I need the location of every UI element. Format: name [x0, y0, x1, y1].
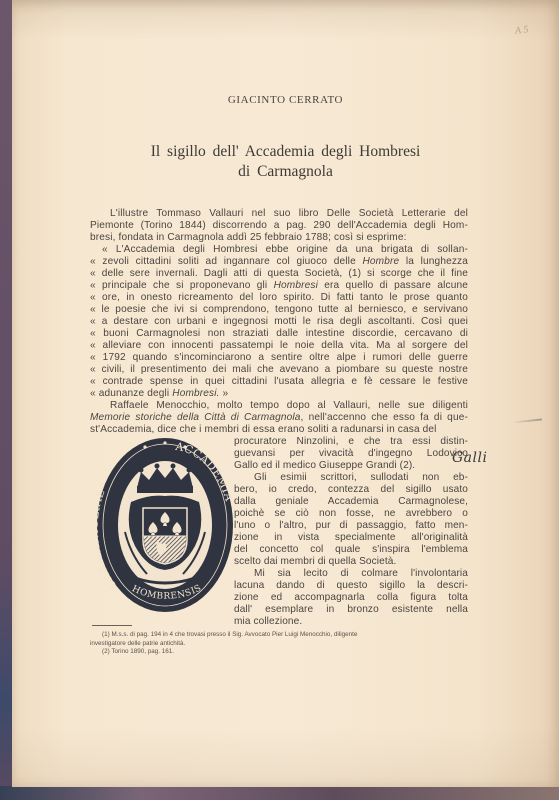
quote-block: « L'Accademia degli Hombresi ebbe origin…	[90, 244, 468, 400]
text-line: Raffaele Menocchio, molto tempo dopo al …	[90, 400, 468, 412]
text-line: « zevoli cittadini soliti ad ingannare c…	[90, 256, 468, 268]
text-run: « contrade spense in quei cittadini l'us…	[90, 376, 468, 387]
text-line: « principale che si proponevano gli Homb…	[90, 280, 468, 292]
academy-seal-image: CARMANIOLIAE ACCADEMIA HOMBRENSIS	[95, 436, 235, 614]
text-line: lacuna dando di questo sigillo la descri…	[234, 580, 468, 592]
text-line: « contrade spense in quei cittadini l'us…	[90, 376, 468, 388]
page-title: Il sigillo dell' Accademia degli Hombres…	[12, 142, 559, 182]
text-line: « 1792 quando s'incominciarono a sentire…	[90, 352, 468, 364]
text-run: la lunghezza	[399, 256, 468, 267]
text-line: bero, io credo, contezza del sigillo usa…	[234, 484, 468, 496]
text-line: « le poesie che ivi si comprendono, teng…	[90, 304, 468, 316]
text-line: Memorie storiche della Città di Carmagno…	[90, 412, 468, 424]
text-run: « principale che si proponevano gli	[90, 280, 274, 291]
text-run: « delle sere invernali. Dagli atti di qu…	[90, 268, 468, 279]
handwritten-annotation: Galli	[452, 450, 487, 466]
title-line-1: Il sigillo dell' Accademia degli Hombres…	[12, 142, 559, 162]
pencil-stroke	[512, 418, 542, 423]
italic-text: Memorie storiche della Città di Carmagno…	[90, 412, 301, 423]
footnote-divider	[92, 625, 132, 626]
text-run: « alleviare con innocenti passatempi le …	[90, 340, 468, 351]
paragraph-side-continuation: procuratore Ninzolini, e che tra essi di…	[234, 436, 468, 472]
text-line: « ore, in onesto ricreamento del loro sp…	[90, 292, 468, 304]
text-run: « 1792 quando s'incominciarono a sentire…	[90, 352, 468, 363]
text-line: Mi sia lecito di colmare l'involontaria	[234, 568, 468, 580]
text-line: Gallo ed il medico Giuseppe Grandi (2).	[234, 460, 468, 472]
text-line: del concetto col quale s'inspira l'emble…	[234, 544, 468, 556]
text-run: , nell'accenno che esso fa di que-	[301, 412, 468, 423]
text-line: mia collezione.	[234, 616, 468, 628]
text-line: « adunanze degli Hombresi. »	[90, 388, 468, 400]
footnotes: (1) M.s.s. di pag. 194 in 4 che trovasi …	[90, 631, 470, 657]
text-run: « le poesie che ivi si comprendono, teng…	[90, 304, 468, 315]
footnote-2: (2) Torino 1890, pag. 161.	[90, 648, 470, 657]
paragraph-menocchio: Raffaele Menocchio, molto tempo dopo al …	[90, 400, 468, 436]
text-line: « a destare con urbani e ingegnosi motti…	[90, 316, 468, 328]
footnote-1-continued: investigatore delle patrie antichità.	[90, 640, 470, 649]
text-run: »	[220, 388, 229, 399]
text-line: « buoni Carmagnolesi non straziati dalle…	[90, 328, 468, 340]
text-run: « buoni Carmagnolesi non straziati dalle…	[90, 328, 468, 339]
text-run: « a destare con urbani e ingegnosi motti…	[90, 316, 468, 327]
footnote-1: (1) M.s.s. di pag. 194 in 4 che trovasi …	[90, 631, 470, 640]
pencil-page-mark: A 5	[514, 24, 529, 37]
text-line: dalla geniale Accademia Carmagnolese,	[234, 496, 468, 508]
text-run: « L'Accademia degli Hombresi ebbe origin…	[102, 244, 468, 255]
text-line: poichè se ciò non fosse, ne avrebbero o	[234, 508, 468, 520]
text-line: « civili, il presentimento dei mali che …	[90, 364, 468, 376]
background-bottom-edge	[0, 786, 559, 800]
text-line: zione ed accompagnarla colla figura tolt…	[234, 592, 468, 604]
title-line-2: di Carmagnola	[12, 162, 559, 182]
paragraph-intro: L'illustre Tommaso Vallauri nel suo libr…	[90, 208, 468, 244]
text-line: « delle sere invernali. Dagli atti di qu…	[90, 268, 468, 280]
italic-text: Hombresi	[274, 280, 318, 291]
text-line: st'Accademia, dice che i membri di essa …	[90, 424, 468, 436]
paragraph-scrittori: Gli esimii scrittori, sullodati non eb- …	[234, 472, 468, 568]
background-left-edge	[0, 0, 12, 800]
text-run: « civili, il presentimento dei mali che …	[90, 364, 468, 375]
document-page: A 5 GIACINTO CERRATO Il sigillo dell' Ac…	[12, 0, 559, 787]
text-line: procuratore Ninzolini, e che tra essi di…	[234, 436, 468, 448]
text-line: L'illustre Tommaso Vallauri nel suo libr…	[90, 208, 468, 220]
text-line: « L'Accademia degli Hombresi ebbe origin…	[90, 244, 468, 256]
text-line: dall' esemplare in bronzo esistente nell…	[234, 604, 468, 616]
text-run: « ore, in onesto ricreamento del loro sp…	[90, 292, 468, 303]
text-run: era quello di passare alcune	[318, 280, 468, 291]
text-line: « alleviare con innocenti passatempi le …	[90, 340, 468, 352]
text-line: Piemonte (Torino 1844) discorrendo a pag…	[90, 220, 468, 232]
text-line: scelto dai membri di quella Società.	[234, 556, 468, 568]
text-line: zione in vista specialmente all'original…	[234, 532, 468, 544]
text-line: guevansi per vivacità d'ingegno Lodovico	[234, 448, 468, 460]
author-name: GIACINTO CERRATO	[12, 94, 559, 106]
text-run: st'Accademia, dice che i membri di essa …	[90, 424, 437, 435]
paragraph-lecito: Mi sia lecito di colmare l'involontaria …	[234, 568, 468, 628]
text-run: « adunanze degli	[90, 388, 172, 399]
text-run: Raffaele Menocchio, molto tempo dopo al …	[110, 400, 468, 411]
text-line: Gli esimii scrittori, sullodati non eb-	[234, 472, 468, 484]
italic-text: Hombre	[362, 256, 399, 267]
text-run: « zevoli cittadini soliti ad ingannare c…	[90, 256, 362, 267]
text-line: bresi, fondata in Carmagnola addì 25 feb…	[90, 232, 468, 244]
italic-text: Hombresi.	[172, 388, 219, 399]
text-line: l'uno o l'altro, pur di passaggio, fatto…	[234, 520, 468, 532]
